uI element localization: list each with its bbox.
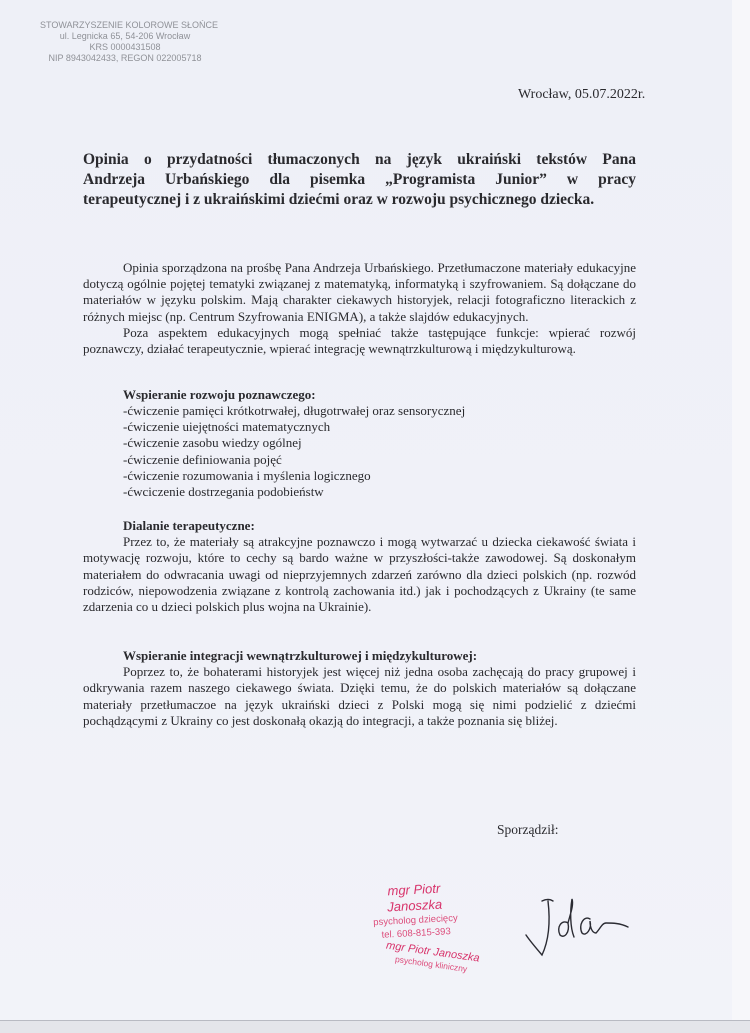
cognitive-heading: Wspieranie rozwoju poznawczego: [123, 387, 636, 403]
handwritten-signature-icon [520, 893, 630, 963]
organization-krs: KRS 0000431508 [40, 42, 210, 53]
intro-section: Opinia sporządzona na prośbę Pana Andrze… [83, 260, 636, 357]
list-item: -ćwiczenie uiejętności matematycznych [123, 419, 465, 435]
therapeutic-paragraph: Przez to, że materiały są atrakcyjne poz… [83, 534, 636, 615]
cognitive-section: Wspieranie rozwoju poznawczego: [83, 387, 636, 403]
organization-name: STOWARZYSZENIE KOLOROWE SŁOŃCE [40, 20, 210, 31]
therapeutic-heading: Dialanie terapeutyczne: [123, 518, 636, 534]
list-item: -ćwiczenie rozumowania i myślenia logicz… [123, 468, 465, 484]
organization-address: ul. Legnicka 65, 54-206 Wrocław [40, 31, 210, 42]
signed-by-label: Sporządził: [497, 822, 558, 838]
integration-paragraph: Poprzez to, że bohaterami historyjek jes… [83, 664, 636, 729]
list-item: -ćwiczenie definiowania pojęć [123, 452, 465, 468]
date-line: Wrocław, 05.07.2022r. [518, 87, 645, 103]
title-line-2: Andrzeja Urbańskiego dla pisemka „Progra… [83, 170, 636, 190]
scan-edge-bottom [0, 1020, 750, 1033]
scan-edge-right [732, 0, 750, 1033]
list-item: -ćwiczenie zasobu wiedzy ogólnej [123, 435, 465, 451]
cognitive-list: -ćwiczenie pamięci krótkotrwałej, długot… [123, 403, 465, 500]
title-line-1: Opinia o przydatności tłumaczonych na ję… [83, 150, 636, 170]
organization-nip-regon: NIP 8943042433, REGON 022005718 [40, 53, 210, 64]
letterhead-stamp: STOWARZYSZENIE KOLOROWE SŁOŃCE ul. Legni… [40, 20, 210, 64]
psychologist-stamp-child: mgr Piotr Janoszka psycholog dziecięcy t… [359, 879, 472, 943]
title-line-3: terapeutycznej i z ukraińskimi dziećmi o… [83, 190, 636, 210]
intro-paragraph-1: Opinia sporządzona na prośbę Pana Andrze… [83, 260, 636, 325]
integration-section: Wspieranie integracji wewnątrzkulturowej… [83, 648, 636, 729]
therapeutic-section: Dialanie terapeutyczne: Przez to, że mat… [83, 518, 636, 615]
document-title: Opinia o przydatności tłumaczonych na ję… [83, 150, 636, 210]
list-item: -ćwiczenie pamięci krótkotrwałej, długot… [123, 403, 465, 419]
integration-heading: Wspieranie integracji wewnątrzkulturowej… [123, 648, 636, 664]
intro-paragraph-2: Poza aspektem edukacyjnych mogą spełniać… [83, 325, 636, 357]
list-item: -ćwciczenie dostrzegania podobieństw [123, 484, 465, 500]
